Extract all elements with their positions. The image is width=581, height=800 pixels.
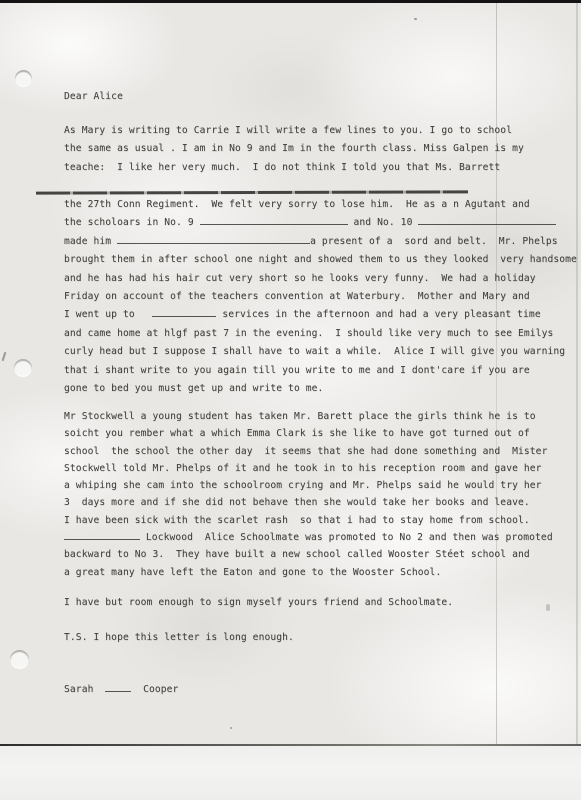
letter-line: the 27th Conn Regiment. We felt very sor…: [64, 196, 577, 214]
signature-line: Sarah Cooper: [64, 681, 178, 699]
letter-line: Stockwell told Mr. Phelps of it and he t…: [64, 460, 553, 477]
letter-line: the same as usual . I am in No 9 and Im …: [64, 140, 524, 158]
paragraph-intro: As Mary is writing to Carrie I will writ…: [64, 122, 524, 177]
scan-speck: [2, 352, 7, 361]
strikeout-rule: [36, 190, 468, 194]
blank-underline: [152, 306, 216, 317]
letter-line: and he has had his hair cut very short s…: [64, 270, 577, 288]
letter-line: Lockwood Alice Schoolmate was promoted t…: [64, 529, 553, 546]
scan-speck: [546, 604, 550, 611]
letter-line: soicht you rember what a which Emma Clar…: [64, 425, 553, 442]
letter-line: made him a present of a sord and belt. M…: [64, 233, 577, 251]
letter-line: gone to bed you must get up and write to…: [64, 380, 577, 398]
letter-line: I have been sick with the scarlet rash s…: [64, 512, 553, 529]
letter-line: Mr Stockwell a young student has taken M…: [64, 408, 553, 425]
letter-line: I have but room enough to sign myself yo…: [64, 594, 453, 612]
letter-line: the scholoars in No. 9 and No. 10: [64, 214, 577, 232]
blank-underline: [418, 214, 556, 225]
punch-hole: [14, 359, 32, 377]
blank-underline: [200, 214, 348, 225]
letter-line: a great many have left the Eaton and gon…: [64, 564, 553, 581]
letter-line: Friday on account of the teachers conven…: [64, 288, 577, 306]
letter-line: Dear Alice: [64, 88, 123, 106]
paragraph-regiment: the 27th Conn Regiment. We felt very sor…: [64, 196, 577, 398]
letter-line: T.S. I hope this letter is long enough.: [64, 629, 294, 647]
letter-line: As Mary is writing to Carrie I will writ…: [64, 122, 524, 140]
blank-underline: [117, 233, 310, 244]
letter-line: brought them in after school one night a…: [64, 251, 577, 269]
letter-line: I went up to services in the afternoon a…: [64, 306, 577, 324]
punch-hole: [10, 650, 29, 669]
letter-page: Dear Alice As Mary is writing to Carrie …: [0, 0, 581, 746]
blank-underline: [64, 529, 140, 540]
letter-line: Sarah Cooper: [64, 681, 178, 699]
letter-line: backward to No 3. They have built a new …: [64, 546, 553, 563]
paragraph-stockwell: Mr Stockwell a young student has taken M…: [64, 408, 553, 581]
letter-line: teache: I like her very much. I do not t…: [64, 159, 524, 177]
scanner-background: [0, 746, 581, 800]
scan-speck: [230, 727, 232, 729]
salutation: Dear Alice: [64, 88, 123, 106]
letter-line: 3 days more and if she did not behave th…: [64, 494, 553, 511]
punch-hole: [15, 70, 32, 87]
letter-line: that i shant write to you again till you…: [64, 362, 577, 380]
scan-top-edge: [0, 0, 581, 3]
letter-line: and came home at hlgf past 7 in the even…: [64, 325, 577, 343]
scan-speck: [414, 18, 417, 20]
blank-underline: [105, 681, 131, 692]
paragraph-closing: I have but room enough to sign myself yo…: [64, 594, 453, 612]
letter-line: curly head but I suppose I shall have to…: [64, 343, 577, 361]
letter-line: a whiping she cam into the schoolroom cr…: [64, 477, 553, 494]
letter-line: school the school the other day it seems…: [64, 443, 553, 460]
postscript: T.S. I hope this letter is long enough.: [64, 629, 294, 647]
